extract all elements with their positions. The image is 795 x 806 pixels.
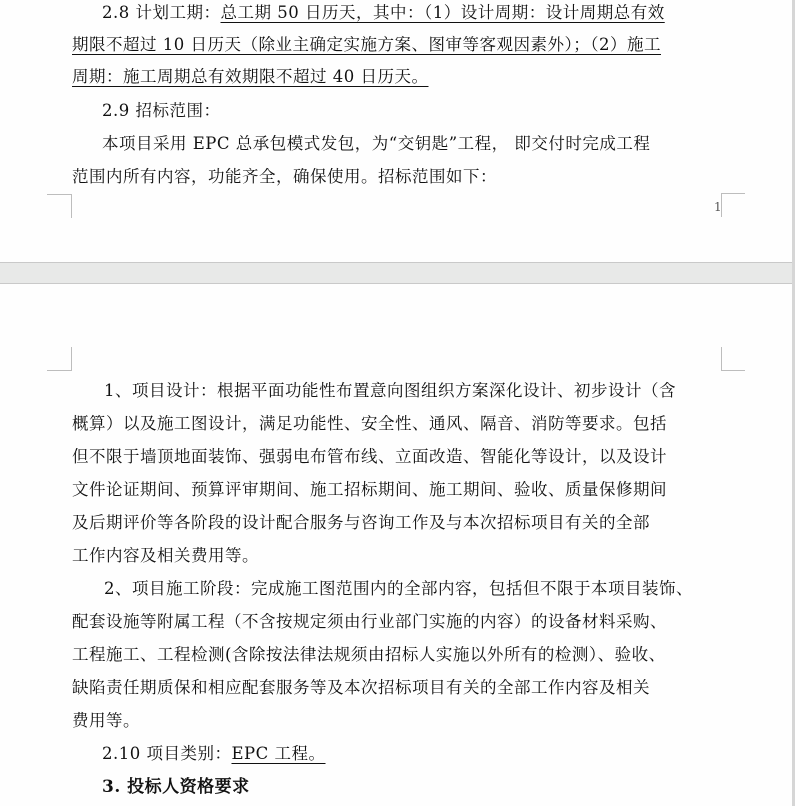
page-gap — [0, 263, 795, 283]
section-label: 2.8 计划工期： — [102, 3, 221, 22]
margin-corner-mark — [721, 370, 745, 371]
heading-3-bidder-qualifications: 3. 投标人资格要求 — [102, 776, 752, 798]
paragraph-scope-line-2: 范围内所有内容，功能齐全，确保使用。招标范围如下： — [72, 166, 722, 188]
construction-item-line-5: 费用等。 — [72, 710, 722, 732]
heading-2-9: 2.9 招标范围： — [102, 100, 752, 122]
paragraph-scope-line-1: 本项目采用 EPC 总承包模式发包，为“交钥匙”工程， 即交付时完成工程 — [102, 133, 752, 155]
design-item-line-4: 文件论证期间、预算评审期间、施工招标期间、施工期间、验收、质量保修期间 — [72, 479, 722, 501]
design-item-line-1: 1、项目设计：根据平面功能性布置意向图组织方案深化设计、初步设计（含 — [104, 380, 754, 402]
design-item-line-3: 但不限于墙顶地面装饰、强弱电布管布线、立面改造、智能化等设计，以及设计 — [72, 446, 722, 468]
design-item-line-5: 及后期评价等各阶段的设计配合服务与咨询工作及与本次招标项目有关的全部 — [72, 512, 722, 534]
paragraph-2-8-line-1: 2.8 计划工期：总工期 50 日历天，其中：（1）设计周期：设计周期总有效 — [102, 2, 752, 24]
document-page-2[interactable]: 1、项目设计：根据平面功能性布置意向图组织方案深化设计、初步设计（含 概算）以及… — [0, 283, 793, 806]
design-item-line-6: 工作内容及相关费用等。 — [72, 545, 722, 567]
underlined-text: EPC 工程。 — [231, 744, 325, 763]
paragraph-2-8-line-3: 周期：施工周期总有效期限不超过 40 日历天。 — [72, 66, 722, 88]
margin-corner-mark — [47, 370, 72, 371]
paragraph-2-8-line-2: 期限不超过 10 日历天（除业主确定实施方案、图审等客观因素外）；（2）施工 — [72, 34, 722, 56]
section-label: 2.10 项目类别： — [102, 744, 231, 763]
margin-corner-mark — [71, 347, 72, 371]
paragraph-2-10: 2.10 项目类别：EPC 工程。 — [102, 743, 752, 765]
margin-corner-mark — [721, 193, 745, 194]
page-number: 1 — [714, 200, 722, 214]
margin-corner-mark — [71, 194, 72, 218]
construction-item-line-4: 缺陷责任期质保和相应配套服务等及本次招标项目有关的全部工作内容及相关 — [72, 677, 722, 699]
underlined-text: 周期：施工周期总有效期限不超过 40 日历天。 — [72, 67, 429, 86]
construction-item-line-2: 配套设施等附属工程（不含按规定须由行业部门实施的内容）的设备材料采购、 — [72, 611, 722, 633]
document-page-1[interactable]: 2.8 计划工期：总工期 50 日历天，其中：（1）设计周期：设计周期总有效 期… — [0, 0, 793, 263]
construction-item-line-1: 2、项目施工阶段：完成施工图范围内的全部内容，包括但不限于本项目装饰、 — [104, 578, 754, 600]
margin-corner-mark — [721, 347, 722, 371]
margin-corner-mark — [47, 194, 71, 195]
design-item-line-2: 概算）以及施工图设计，满足功能性、安全性、通风、隔音、消防等要求。包括 — [72, 413, 722, 435]
construction-item-line-3: 工程施工、工程检测(含除按法律法规须由招标人实施以外所有的检测）、验收、 — [72, 644, 722, 666]
underlined-text: 总工期 50 日历天，其中：（1）设计周期：设计周期总有效 — [221, 3, 665, 22]
